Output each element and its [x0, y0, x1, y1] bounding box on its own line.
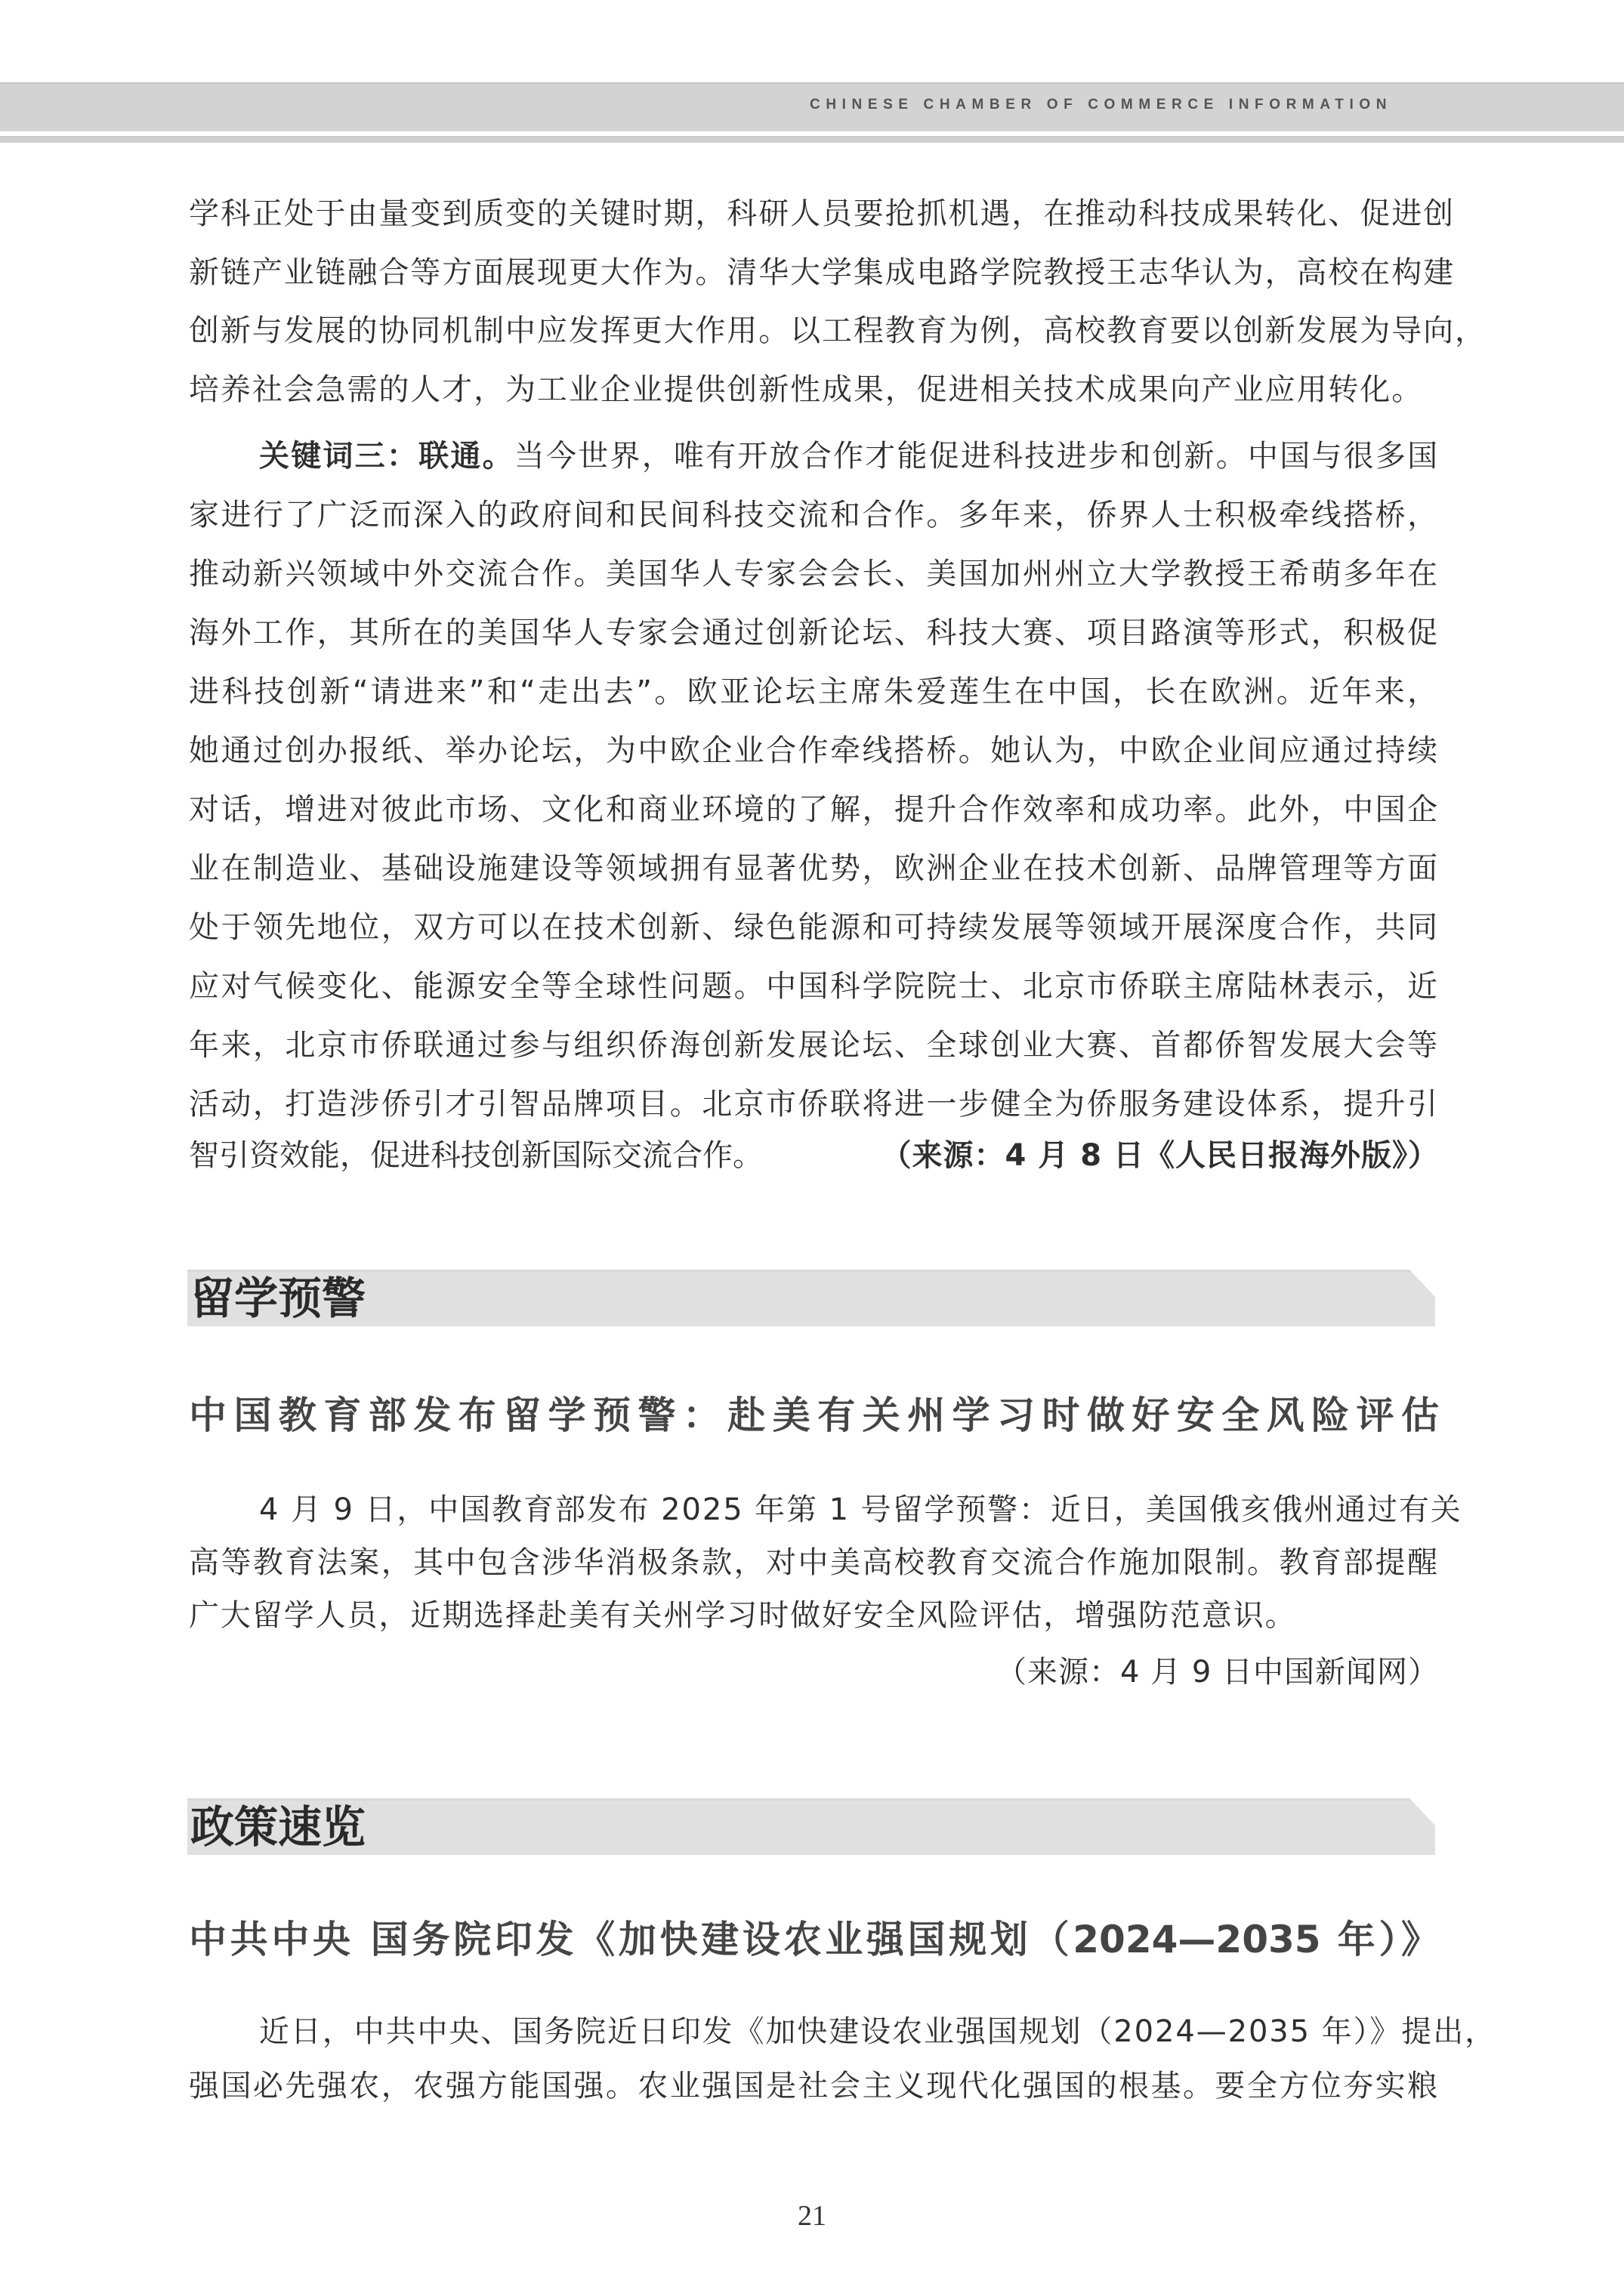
source-citation: （来源：4 月 9 日中国新闻网） — [996, 1654, 1439, 1690]
paragraph-line: 她通过创办报纸、举办论坛，为中欧企业合作牵线搭桥。她认为，中欧企业间应通过持续 — [189, 733, 1439, 769]
paragraph-line: 家进行了广泛而深入的政府间和民间科技交流和合作。多年来，侨界人士积极牵线搭桥， — [189, 497, 1439, 533]
paragraph-line: 应对气候变化、能源安全等全球性问题。中国科学院院士、北京市侨联主席陆林表示，近 — [189, 968, 1439, 1005]
paragraph-line: 年来，北京市侨联通过参与组织侨海创新发展论坛、全球创业大赛、首都侨智发展大会等 — [189, 1027, 1439, 1063]
section-header-bar — [187, 1270, 1435, 1326]
page-number: 21 — [789, 2199, 835, 2233]
section-title: 留学预警 — [190, 1271, 366, 1325]
paragraph-line: 处于领先地位，双方可以在技术创新、绿色能源和可持续发展等领域开展深度合作，共同 — [189, 909, 1439, 946]
paragraph-line: 推动新兴领域中外交流合作。美国华人专家会会长、美国加州州立大学教授王希萌多年在 — [189, 556, 1439, 592]
paragraph-first-line: 近日，中共中央、国务院近日印发《加快建设农业强国规划（2024—2035 年）》… — [189, 2014, 1439, 2050]
paragraph-line: 活动，打造涉侨引才引智品牌项目。北京市侨联将进一步健全为侨服务建设体系，提升引 — [189, 1086, 1439, 1122]
paragraph-line: 培养社会急需的人才，为工业企业提供创新性成果，促进相关技术成果向产业应用转化。 — [189, 372, 1439, 408]
section-title: 政策速览 — [190, 1800, 366, 1854]
paragraph-line: 进科技创新“请进来”和“走出去”。欧亚论坛主席朱爱莲生在中国，长在欧洲。近年来， — [189, 674, 1439, 710]
article-headline: 中共中央 国务院印发《加快建设农业强国规划（2024—2035 年）》 — [189, 1917, 1439, 1962]
paragraph-line: 新链产业链融合等方面展现更大作为。清华大学集成电路学院教授王志华认为，高校在构建 — [189, 255, 1439, 291]
section-header-bar — [187, 1798, 1435, 1855]
paragraph-line: 强国必先强农，农强方能国强。农业强国是社会主义现代化强国的根基。要全方位夯实粮 — [189, 2068, 1439, 2104]
header-rule — [0, 136, 1624, 143]
keyword-label: 关键词三：联通。 — [259, 439, 514, 474]
paragraph-line: 学科正处于由量变到质变的关键时期，科研人员要抢抓机遇，在推动科技成果转化、促进创 — [189, 196, 1439, 232]
paragraph-line: 高等教育法案，其中包含涉华消极条款，对中美高校教育交流合作施加限制。教育部提醒 — [189, 1545, 1439, 1581]
publication-name: CHINESE CHAMBER OF COMMERCE INFORMATION — [810, 97, 1392, 113]
paragraph-line: 海外工作，其所在的美国华人专家会通过创新论坛、科技大赛、项目路演等形式，积极促 — [189, 615, 1439, 651]
paragraph-first-line: 关键词三：联通。当今世界，唯有开放合作才能促进科技进步和创新。中国与很多国 — [189, 438, 1439, 474]
paragraph-line: 创新与发展的协同机制中应发挥更大作用。以工程教育为例，高校教育要以创新发展为导向… — [189, 313, 1439, 349]
article-headline: 中国教育部发布留学预警：赴美有关州学习时做好安全风险评估 — [189, 1393, 1439, 1438]
paragraph-first-line: 4 月 9 日，中国教育部发布 2025 年第 1 号留学预警：近日，美国俄亥俄… — [189, 1492, 1439, 1528]
paragraph-line: 广大留学人员，近期选择赴美有关州学习时做好安全风险评估，增强防范意识。 — [189, 1597, 1439, 1634]
paragraph-line: 业在制造业、基础设施建设等领域拥有显著优势，欧洲企业在技术创新、品牌管理等方面 — [189, 850, 1439, 887]
paragraph-line: 对话，增进对彼此市场、文化和商业环境的了解，提升合作效率和成功率。此外，中国企 — [189, 792, 1439, 828]
source-citation: （来源：4 月 8 日《人民日报海外版》） — [881, 1137, 1439, 1174]
